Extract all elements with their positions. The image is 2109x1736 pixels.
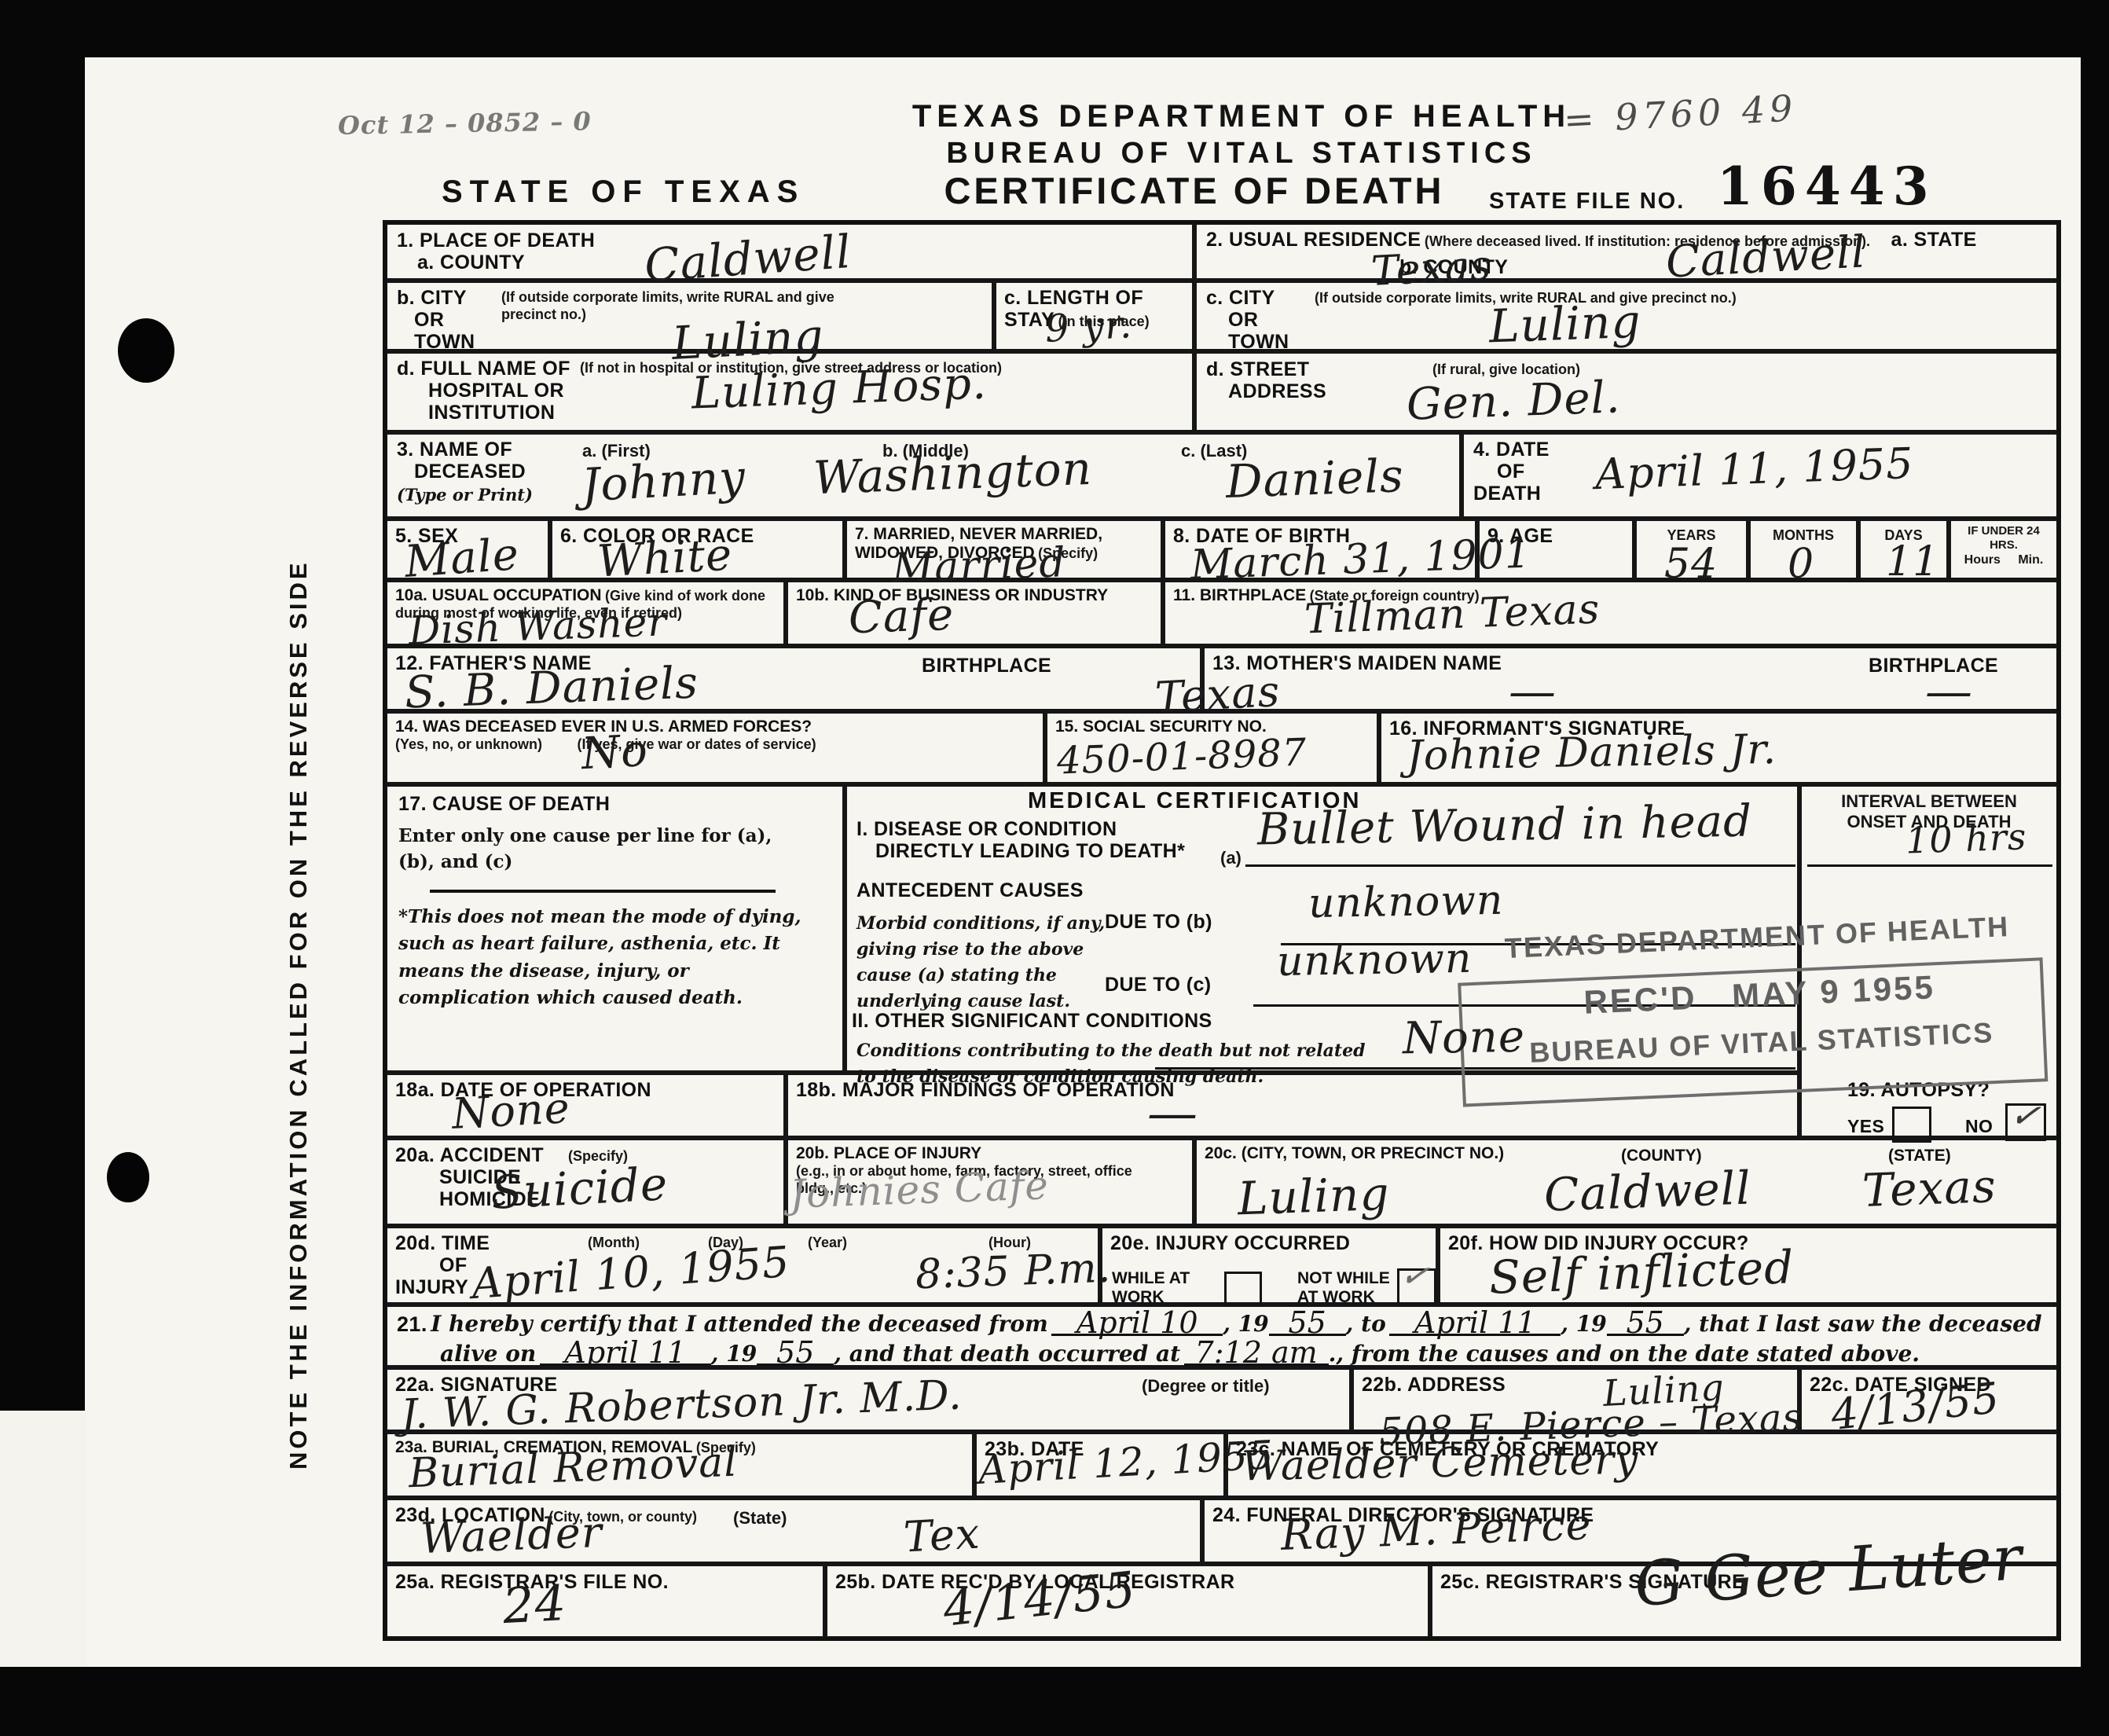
- s17-divider: [430, 890, 776, 893]
- s9-under24-label: IF UNDER 24 HRS.: [1968, 524, 2040, 552]
- value-hospital: Luling Hosp.: [691, 358, 988, 419]
- cell-17-cause-label: 17. CAUSE OF DEATH Enter only one cause …: [385, 784, 845, 1073]
- s1-city-label: b. CITY: [397, 287, 467, 309]
- s17-due-b-label: DUE TO (b): [1105, 911, 1212, 933]
- value-due-c: unknown: [1276, 935, 1472, 985]
- value-interval: 10 hrs: [1905, 815, 2027, 861]
- s1-county-label: a. COUNTY: [417, 251, 525, 273]
- s20a-label1: 20a. ACCIDENT: [395, 1144, 544, 1166]
- s22a-note: (Degree or title): [1142, 1376, 1270, 1397]
- value-age-years: 54: [1664, 541, 1718, 588]
- s17-i-label1: I. DISEASE OR CONDITION: [856, 818, 1117, 840]
- value-father-name: S. B. Daniels: [404, 657, 699, 718]
- value-injury-state: Texas: [1861, 1159, 1997, 1217]
- value-place-injury: Johnies Cafe: [789, 1162, 1050, 1217]
- s3-label1: 3. NAME OF: [397, 439, 512, 461]
- s21-death-time: 7:12 am: [1184, 1342, 1329, 1366]
- s23d-state-label: (State): [733, 1508, 787, 1529]
- value-injury-hour: 8:35 P.m.: [915, 1245, 1112, 1299]
- s12-birthplace-label: BIRTHPLACE: [922, 655, 1051, 677]
- value-residence-city: Luling: [1488, 295, 1642, 354]
- cell-20e-injury-occurred: 20e. INJURY OCCURRED WHILE AT WORK NOT W…: [1100, 1226, 1438, 1305]
- s1-title: 1. PLACE OF DEATH: [397, 229, 595, 251]
- s2-street-label2: ADDRESS: [1228, 380, 2047, 402]
- s17-label: 17. CAUSE OF DEATH: [398, 793, 610, 815]
- value-injury-county: Caldwell: [1543, 1161, 1752, 1221]
- value-age-months: 0: [1788, 541, 1814, 588]
- cell-2-state-county: 2. USUAL RESIDENCE (Where deceased lived…: [1194, 222, 2059, 281]
- value-cemetery: Waelder Cemetery: [1242, 1437, 1639, 1491]
- value-father-birthplace: Texas: [1154, 666, 1281, 722]
- header-bureau: BUREAU OF VITAL STATISTICS: [849, 137, 1634, 171]
- s20b-label: 20b. PLACE OF INJURY: [796, 1144, 981, 1162]
- header-department: TEXAS DEPARTMENT OF HEALTH: [849, 99, 1634, 134]
- value-informant: Johnie Daniels Jr.: [1407, 726, 1777, 780]
- s3-label2: DECEASED: [414, 461, 526, 483]
- value-street-address: Gen. Del.: [1406, 372, 1621, 430]
- line-interval: [1807, 864, 2052, 867]
- s21-to-year: 55: [1607, 1312, 1684, 1336]
- value-ssn: 450-01-8987: [1056, 730, 1308, 783]
- s17-morbid-note: Morbid conditions, if any, giving rise t…: [856, 911, 1116, 1015]
- value-date-operation: None: [450, 1083, 571, 1139]
- s21-from-date: April 10: [1051, 1312, 1223, 1336]
- value-suicide: Suicide: [490, 1157, 669, 1220]
- value-location-city: Waelder: [420, 1507, 603, 1563]
- s20d-year-label: (Year): [808, 1235, 847, 1252]
- value-registrar-file-no: 24: [501, 1574, 568, 1635]
- s20e-while-label: WHILE AT WORK: [1112, 1269, 1214, 1307]
- s17-due-c-label: DUE TO (c): [1105, 974, 1212, 996]
- paper-bottom-left-edge: [0, 1411, 86, 1667]
- s1-hosp-label: d. FULL NAME OF: [397, 358, 570, 380]
- value-last-name: Daniels: [1225, 449, 1405, 508]
- s22b-label: 22b. ADDRESS: [1362, 1374, 1506, 1396]
- value-occupation: Dish Washer: [408, 599, 668, 653]
- stamp-border: [1458, 957, 2048, 1107]
- value-injury-city: Luling: [1237, 1167, 1391, 1226]
- s19-no-label: NO: [1965, 1117, 1993, 1137]
- s9-hours-label: Hours: [1964, 553, 2001, 567]
- s4-label2: OF: [1497, 461, 1525, 483]
- cell-14-armed-forces: 14. WAS DECEASED EVER IN U.S. ARMED FORC…: [385, 711, 1045, 784]
- value-marital: Married: [891, 539, 1067, 593]
- pencil-note-top-left: Oct 12 – 0852 – 0: [338, 106, 592, 141]
- s21-alive-year: 55: [757, 1342, 834, 1366]
- cell-11-birthplace: 11. BIRTHPLACE (State or foreign country…: [1163, 580, 2059, 646]
- s21-alive-date: April 11: [540, 1342, 711, 1366]
- s4-label1: 4. DATE: [1473, 439, 1550, 461]
- s9-min-label: Min.: [2018, 553, 2043, 567]
- value-residence-county: Caldwell: [1664, 226, 1867, 288]
- cell-25a-file-no: 25a. REGISTRAR'S FILE NO.: [385, 1564, 825, 1639]
- hole-punch-top: [118, 318, 174, 383]
- s17-i-label2: DIRECTLY LEADING TO DEATH*: [875, 840, 1185, 862]
- s20e-label: 20e. INJURY OCCURRED: [1110, 1232, 1350, 1254]
- s20e-notwhile-label: NOT WHILE AT WORK: [1297, 1269, 1399, 1307]
- value-residence-state: Texas: [1370, 242, 1493, 295]
- margin-reverse-side-note: NOTE THE INFORMATION CALLED FOR ON THE R…: [284, 393, 313, 1470]
- autopsy-no-checkmark: ✓: [2007, 1092, 2044, 1139]
- value-place-city: Luling: [670, 309, 825, 370]
- value-industry: Cafe: [848, 589, 955, 644]
- value-first-name: Johnny: [580, 450, 746, 512]
- cell-18a-date-operation: 18a. DATE OF OPERATION: [385, 1073, 786, 1138]
- s3-label3: (Type or Print): [397, 485, 533, 505]
- received-stamp: TEXAS DEPARTMENT OF HEALTH REC'D MAY 9 1…: [1454, 908, 2066, 1110]
- s21-from-year: 55: [1269, 1312, 1346, 1336]
- value-sex: Male: [403, 529, 521, 588]
- s17-note2: *This does not mean the mode of dying, s…: [398, 904, 807, 1012]
- header-state-of-texas: STATE OF TEXAS: [442, 174, 805, 210]
- value-age-days: 11: [1886, 538, 1939, 585]
- value-middle-name: Washington: [812, 442, 1093, 505]
- value-findings-dash: —: [1147, 1085, 1198, 1143]
- value-mother-name-dash: —: [1509, 664, 1557, 719]
- while-at-work-checkbox[interactable]: [1224, 1272, 1262, 1306]
- value-race: White: [596, 530, 733, 588]
- state-file-no-label: STATE FILE NO.: [1489, 189, 1685, 215]
- scanned-death-certificate: NOTE THE INFORMATION CALLED FOR ON THE R…: [0, 0, 2109, 1736]
- value-armed-forces: No: [580, 725, 649, 780]
- value-due-b: unknown: [1308, 877, 1503, 927]
- s20d-label1: 20d. TIME: [395, 1232, 490, 1254]
- s21-number: 21.: [397, 1312, 427, 1336]
- value-length-stay: 9 yr.: [1044, 303, 1134, 351]
- s2-state-label: a. STATE: [1891, 229, 1977, 251]
- s4-label3: DEATH: [1473, 483, 1541, 505]
- s17-antecedent-label: ANTECEDENT CAUSES: [856, 879, 1084, 901]
- state-file-no-value: 16443: [1717, 156, 1937, 217]
- line-cause-a: [1245, 864, 1795, 867]
- s17-interval-label1: INTERVAL BETWEEN: [1841, 791, 2017, 811]
- certify-line1: 21. I hereby certify that I attended the…: [397, 1311, 2047, 1337]
- s21-to-date: April 11: [1389, 1312, 1561, 1336]
- hole-punch-bottom: [107, 1152, 149, 1202]
- certificate-title: CERTIFICATE OF DEATH: [908, 169, 1481, 212]
- certify-line2: alive on April 11, 1955, and that death …: [440, 1341, 2043, 1367]
- value-how-injury: Self inflicted: [1488, 1240, 1795, 1305]
- cell-10b-industry: 10b. KIND OF BUSINESS OR INDUSTRY: [786, 580, 1163, 646]
- value-other-conditions: None: [1402, 1011, 1525, 1065]
- s14-note1: (Yes, no, or unknown): [395, 736, 542, 752]
- s18b-label: 18b. MAJOR FINDINGS OF OPERATION: [796, 1079, 1175, 1101]
- s17-ii-label: II. OTHER SIGNIFICANT CONDITIONS: [852, 1010, 1212, 1032]
- s17-note1: Enter only one cause per line for (a), (…: [398, 823, 807, 875]
- cell-2-street: d. STREET (If rural, give location) ADDR…: [1194, 351, 2059, 432]
- value-location-state: Tex: [902, 1508, 981, 1562]
- s19-yes-label: YES: [1847, 1117, 1884, 1137]
- value-cause-a: Bullet Wound in head: [1256, 796, 1752, 856]
- s17-a-label: (a): [1220, 848, 1242, 868]
- value-mother-birthplace-dash: —: [1925, 664, 1973, 719]
- s20c-label: 20c. (CITY, TOWN, OR PRECINCT NO.): [1205, 1144, 1504, 1162]
- s2-street-label: d. STREET: [1206, 358, 1309, 380]
- s2-city-label: c. CITY: [1206, 287, 1275, 309]
- autopsy-yes-checkbox[interactable]: [1892, 1107, 1931, 1143]
- cell-9-under24: IF UNDER 24 HRS. Hours Min.: [1949, 519, 2059, 580]
